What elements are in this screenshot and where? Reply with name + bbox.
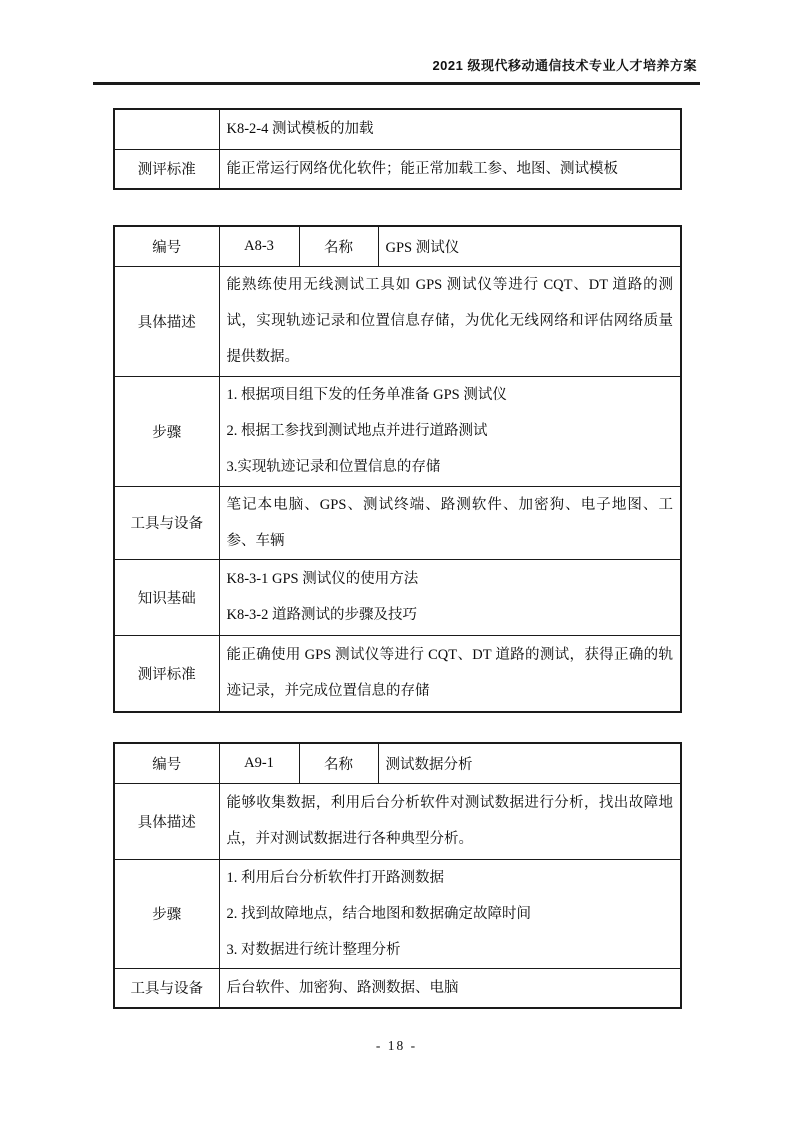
row-label-tools: 工具与设备 [114, 486, 219, 559]
table-a8-3: 编号 A8-3 名称 GPS 测试仪 具体描述 能熟练使用无线测试工具如 GPS… [113, 225, 682, 713]
description-cell: 能熟练使用无线测试工具如 GPS 测试仪等进行 CQT、DT 道路的测试，实现轨… [219, 266, 681, 376]
row-label-evaluation: 测评标准 [114, 635, 219, 712]
cell-text: 后台软件、加密狗、路测数据、电脑 [227, 970, 674, 1006]
table-k8-2-continuation: K8-2-4 测试模板的加载 测评标准 能正常运行网络优化软件；能正常加载工参、… [113, 108, 682, 190]
tools-cell: 后台软件、加密狗、路测数据、电脑 [219, 968, 681, 1008]
cell-text: 能够收集数据，利用后台分析软件对测试数据进行分析，找出故障地点，并对测试数据进行… [227, 785, 674, 857]
row-label-steps: 步骤 [114, 376, 219, 486]
table-row: 工具与设备 笔记本电脑、GPS、测试终端、路测软件、加密狗、电子地图、工参、车辆 [114, 486, 681, 559]
steps-cell: 1. 根据项目组下发的任务单准备 GPS 测试仪 2. 根据工参找到测试地点并进… [219, 376, 681, 486]
id-label: 编号 [114, 743, 219, 783]
step-item: 1. 根据项目组下发的任务单准备 GPS 测试仪 [227, 377, 674, 413]
id-value: A9-1 [219, 743, 299, 783]
row-label-tools: 工具与设备 [114, 968, 219, 1008]
cell-text: 能熟练使用无线测试工具如 GPS 测试仪等进行 CQT、DT 道路的测试，实现轨… [227, 267, 674, 375]
table-row: 具体描述 能够收集数据，利用后台分析软件对测试数据进行分析，找出故障地点，并对测… [114, 783, 681, 859]
step-item: 1. 利用后台分析软件打开路测数据 [227, 860, 674, 896]
header-rule [93, 82, 700, 85]
row-label-knowledge: 知识基础 [114, 559, 219, 635]
table-row: 具体描述 能熟练使用无线测试工具如 GPS 测试仪等进行 CQT、DT 道路的测… [114, 266, 681, 376]
name-label: 名称 [299, 226, 378, 266]
row-label-steps: 步骤 [114, 859, 219, 968]
table-row: 工具与设备 后台软件、加密狗、路测数据、电脑 [114, 968, 681, 1008]
name-value: 测试数据分析 [378, 743, 681, 783]
table-row: 步骤 1. 利用后台分析软件打开路测数据 2. 找到故障地点，结合地图和数据确定… [114, 859, 681, 968]
table-header-row: 编号 A8-3 名称 GPS 测试仪 [114, 226, 681, 266]
description-cell: 能够收集数据，利用后台分析软件对测试数据进行分析，找出故障地点，并对测试数据进行… [219, 783, 681, 859]
table-row: 知识基础 K8-3-1 GPS 测试仪的使用方法 K8-3-2 道路测试的步骤及… [114, 559, 681, 635]
row-label-description: 具体描述 [114, 266, 219, 376]
tools-cell: 笔记本电脑、GPS、测试终端、路测软件、加密狗、电子地图、工参、车辆 [219, 486, 681, 559]
cell-text: K8-2-4 测试模板的加载 [227, 111, 674, 147]
step-item: 3. 对数据进行统计整理分析 [227, 932, 674, 968]
row-label-description: 具体描述 [114, 783, 219, 859]
name-label: 名称 [299, 743, 378, 783]
steps-cell: 1. 利用后台分析软件打开路测数据 2. 找到故障地点，结合地图和数据确定故障时… [219, 859, 681, 968]
step-item: 3.实现轨迹记录和位置信息的存储 [227, 449, 674, 485]
page-number: - 18 - [0, 1038, 793, 1054]
cell-text: 能正常运行网络优化软件；能正常加载工参、地图、测试模板 [227, 151, 674, 187]
table-row: 步骤 1. 根据项目组下发的任务单准备 GPS 测试仪 2. 根据工参找到测试地… [114, 376, 681, 486]
table-row: 测评标准 能正确使用 GPS 测试仪等进行 CQT、DT 道路的测试，获得正确的… [114, 635, 681, 712]
row-label-empty [114, 109, 219, 149]
table-header-row: 编号 A9-1 名称 测试数据分析 [114, 743, 681, 783]
evaluation-cell: 能正常运行网络优化软件；能正常加载工参、地图、测试模板 [219, 149, 681, 189]
evaluation-cell: 能正确使用 GPS 测试仪等进行 CQT、DT 道路的测试，获得正确的轨迹记录，… [219, 635, 681, 712]
knowledge-item: K8-3-1 GPS 测试仪的使用方法 [227, 561, 674, 597]
knowledge-item-cell: K8-2-4 测试模板的加载 [219, 109, 681, 149]
id-label: 编号 [114, 226, 219, 266]
row-label-evaluation: 测评标准 [114, 149, 219, 189]
table-a9-1: 编号 A9-1 名称 测试数据分析 具体描述 能够收集数据，利用后台分析软件对测… [113, 742, 682, 1009]
document-page: 2021 级现代移动通信技术专业人才培养方案 K8-2-4 测试模板的加载 测评… [0, 0, 793, 1122]
cell-text: 笔记本电脑、GPS、测试终端、路测软件、加密狗、电子地图、工参、车辆 [227, 487, 674, 559]
knowledge-cell: K8-3-1 GPS 测试仪的使用方法 K8-3-2 道路测试的步骤及技巧 [219, 559, 681, 635]
knowledge-item: K8-3-2 道路测试的步骤及技巧 [227, 597, 674, 633]
table-row: 测评标准 能正常运行网络优化软件；能正常加载工参、地图、测试模板 [114, 149, 681, 189]
table-row: K8-2-4 测试模板的加载 [114, 109, 681, 149]
page-header-title: 2021 级现代移动通信技术专业人才培养方案 [93, 55, 697, 74]
name-value: GPS 测试仪 [378, 226, 681, 266]
cell-text: 能正确使用 GPS 测试仪等进行 CQT、DT 道路的测试，获得正确的轨迹记录，… [227, 637, 674, 709]
id-value: A8-3 [219, 226, 299, 266]
step-item: 2. 找到故障地点，结合地图和数据确定故障时间 [227, 896, 674, 932]
step-item: 2. 根据工参找到测试地点并进行道路测试 [227, 413, 674, 449]
